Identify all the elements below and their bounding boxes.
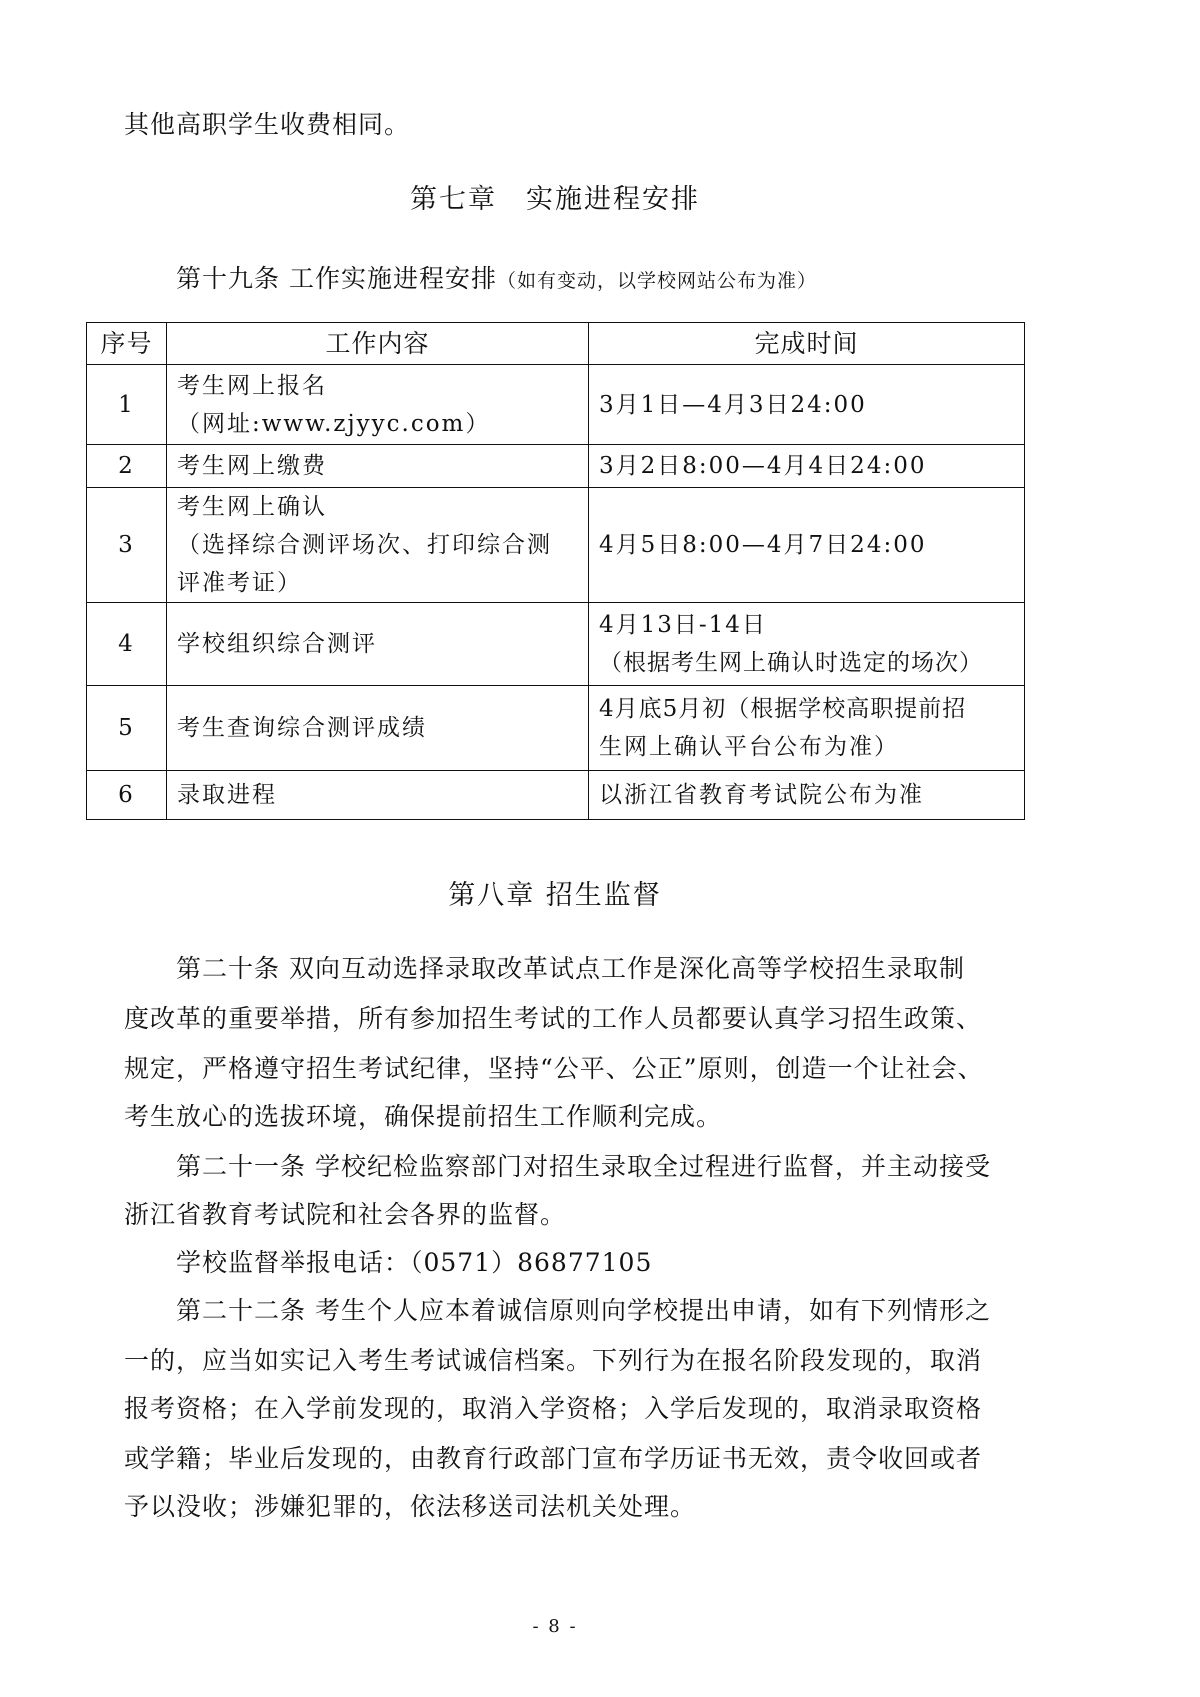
content-line: 学校组织综合测评 — [177, 625, 578, 663]
table-row: 2 考生网上缴费 3月2日8:00—4月4日24:00 — [87, 445, 1025, 488]
article-19-note: （如有变动，以学校网站公布为准） — [497, 270, 817, 292]
row-number: 6 — [87, 771, 167, 820]
article-22-line: 或学籍；毕业后发现的，由教育行政部门宣布学历证书无效，责令收回或者 — [124, 1442, 982, 1476]
table-header-row: 序号 工作内容 完成时间 — [87, 323, 1025, 365]
article-22-line: 报考资格；在入学前发现的，取消入学资格；入学后发现的，取消录取资格 — [124, 1392, 982, 1426]
chapter-7-title: 第七章 实施进程安排 — [0, 182, 1110, 218]
article-22-line: 第二十二条 考生个人应本着诚信原则向学校提出申请，如有下列情形之 — [176, 1294, 991, 1328]
row-number: 1 — [87, 365, 167, 445]
row-content: 学校组织综合测评 — [167, 603, 589, 686]
report-phone: 学校监督举报电话：（0571）86877105 — [176, 1246, 652, 1280]
row-time: 3月2日8:00—4月4日24:00 — [589, 445, 1025, 488]
content-line: 评准考证） — [177, 564, 578, 602]
article-19-label: 第十九条 工作实施进程安排 — [176, 264, 497, 293]
time-line: （根据考生网上确认时选定的场次） — [599, 644, 1014, 682]
time-line: 4月5日8:00—4月7日24:00 — [599, 526, 1014, 564]
website-line: （网址:www.zjyyc.com） — [177, 405, 578, 443]
content-line: 考生查询综合测评成绩 — [177, 709, 578, 747]
content-line: 录取进程 — [177, 776, 578, 814]
article-22-line: 一的，应当如实记入考生考试诚信档案。下列行为在报名阶段发现的，取消 — [124, 1344, 982, 1378]
article-20-line: 第二十条 双向互动选择录取改革试点工作是深化高等学校招生录取制 — [176, 952, 965, 986]
row-time: 4月5日8:00—4月7日24:00 — [589, 488, 1025, 603]
article-22-line: 予以没收；涉嫌犯罪的，依法移送司法机关处理。 — [124, 1490, 696, 1524]
row-number: 3 — [87, 488, 167, 603]
row-number: 5 — [87, 686, 167, 771]
content-line: 考生网上报名 — [177, 367, 578, 405]
page-number: - 8 - — [0, 1616, 1110, 1637]
row-content: 考生网上报名 （网址:www.zjyyc.com） — [167, 365, 589, 445]
article-21-line: 第二十一条 学校纪检监察部门对招生录取全过程进行监督，并主动接受 — [176, 1150, 991, 1184]
header-no: 序号 — [87, 323, 167, 365]
row-number: 4 — [87, 603, 167, 686]
content-line: （选择综合测评场次、打印综合测 — [177, 526, 578, 564]
table-row: 1 考生网上报名 （网址:www.zjyyc.com） 3月1日—4月3日24:… — [87, 365, 1025, 445]
content-line: 考生网上缴费 — [177, 447, 578, 485]
row-content: 考生查询综合测评成绩 — [167, 686, 589, 771]
row-content: 考生网上确认 （选择综合测评场次、打印综合测 评准考证） — [167, 488, 589, 603]
time-line: 3月1日—4月3日24:00 — [599, 386, 1014, 424]
table-row: 4 学校组织综合测评 4月13日-14日 （根据考生网上确认时选定的场次） — [87, 603, 1025, 686]
content-line: 考生网上确认 — [177, 488, 578, 526]
header-time: 完成时间 — [589, 323, 1025, 365]
article-19-heading: 第十九条 工作实施进程安排（如有变动，以学校网站公布为准） — [176, 262, 817, 298]
article-20-line: 规定，严格遵守招生考试纪律，坚持“公平、公正”原则，创造一个让社会、 — [124, 1052, 984, 1086]
chapter-8-title: 第八章 招生监督 — [0, 878, 1110, 914]
table-row: 3 考生网上确认 （选择综合测评场次、打印综合测 评准考证） 4月5日8:00—… — [87, 488, 1025, 603]
table-row: 5 考生查询综合测评成绩 4月底5月初（根据学校高职提前招 生网上确认平台公布为… — [87, 686, 1025, 771]
document-page: 其他高职学生收费相同。 第七章 实施进程安排 第十九条 工作实施进程安排（如有变… — [0, 0, 1200, 1697]
row-time: 4月13日-14日 （根据考生网上确认时选定的场次） — [589, 603, 1025, 686]
row-time: 4月底5月初（根据学校高职提前招 生网上确认平台公布为准） — [589, 686, 1025, 771]
row-number: 2 — [87, 445, 167, 488]
row-time: 以浙江省教育考试院公布为准 — [589, 771, 1025, 820]
time-line: 以浙江省教育考试院公布为准 — [599, 776, 1014, 814]
table-row: 6 录取进程 以浙江省教育考试院公布为准 — [87, 771, 1025, 820]
article-20-line: 度改革的重要举措，所有参加招生考试的工作人员都要认真学习招生政策、 — [124, 1002, 982, 1036]
continuation-text: 其他高职学生收费相同。 — [124, 108, 410, 142]
time-line: 4月底5月初（根据学校高职提前招 — [599, 690, 1014, 728]
time-line: 生网上确认平台公布为准） — [599, 728, 1014, 766]
row-content: 录取进程 — [167, 771, 589, 820]
row-content: 考生网上缴费 — [167, 445, 589, 488]
article-21-line: 浙江省教育考试院和社会各界的监督。 — [124, 1198, 566, 1232]
time-line: 4月13日-14日 — [599, 606, 1014, 644]
time-line: 3月2日8:00—4月4日24:00 — [599, 447, 1014, 485]
header-content: 工作内容 — [167, 323, 589, 365]
schedule-table: 序号 工作内容 完成时间 1 考生网上报名 （网址:www.zjyyc.com）… — [86, 322, 1025, 820]
article-20-line: 考生放心的选拔环境，确保提前招生工作顺利完成。 — [124, 1100, 722, 1134]
row-time: 3月1日—4月3日24:00 — [589, 365, 1025, 445]
